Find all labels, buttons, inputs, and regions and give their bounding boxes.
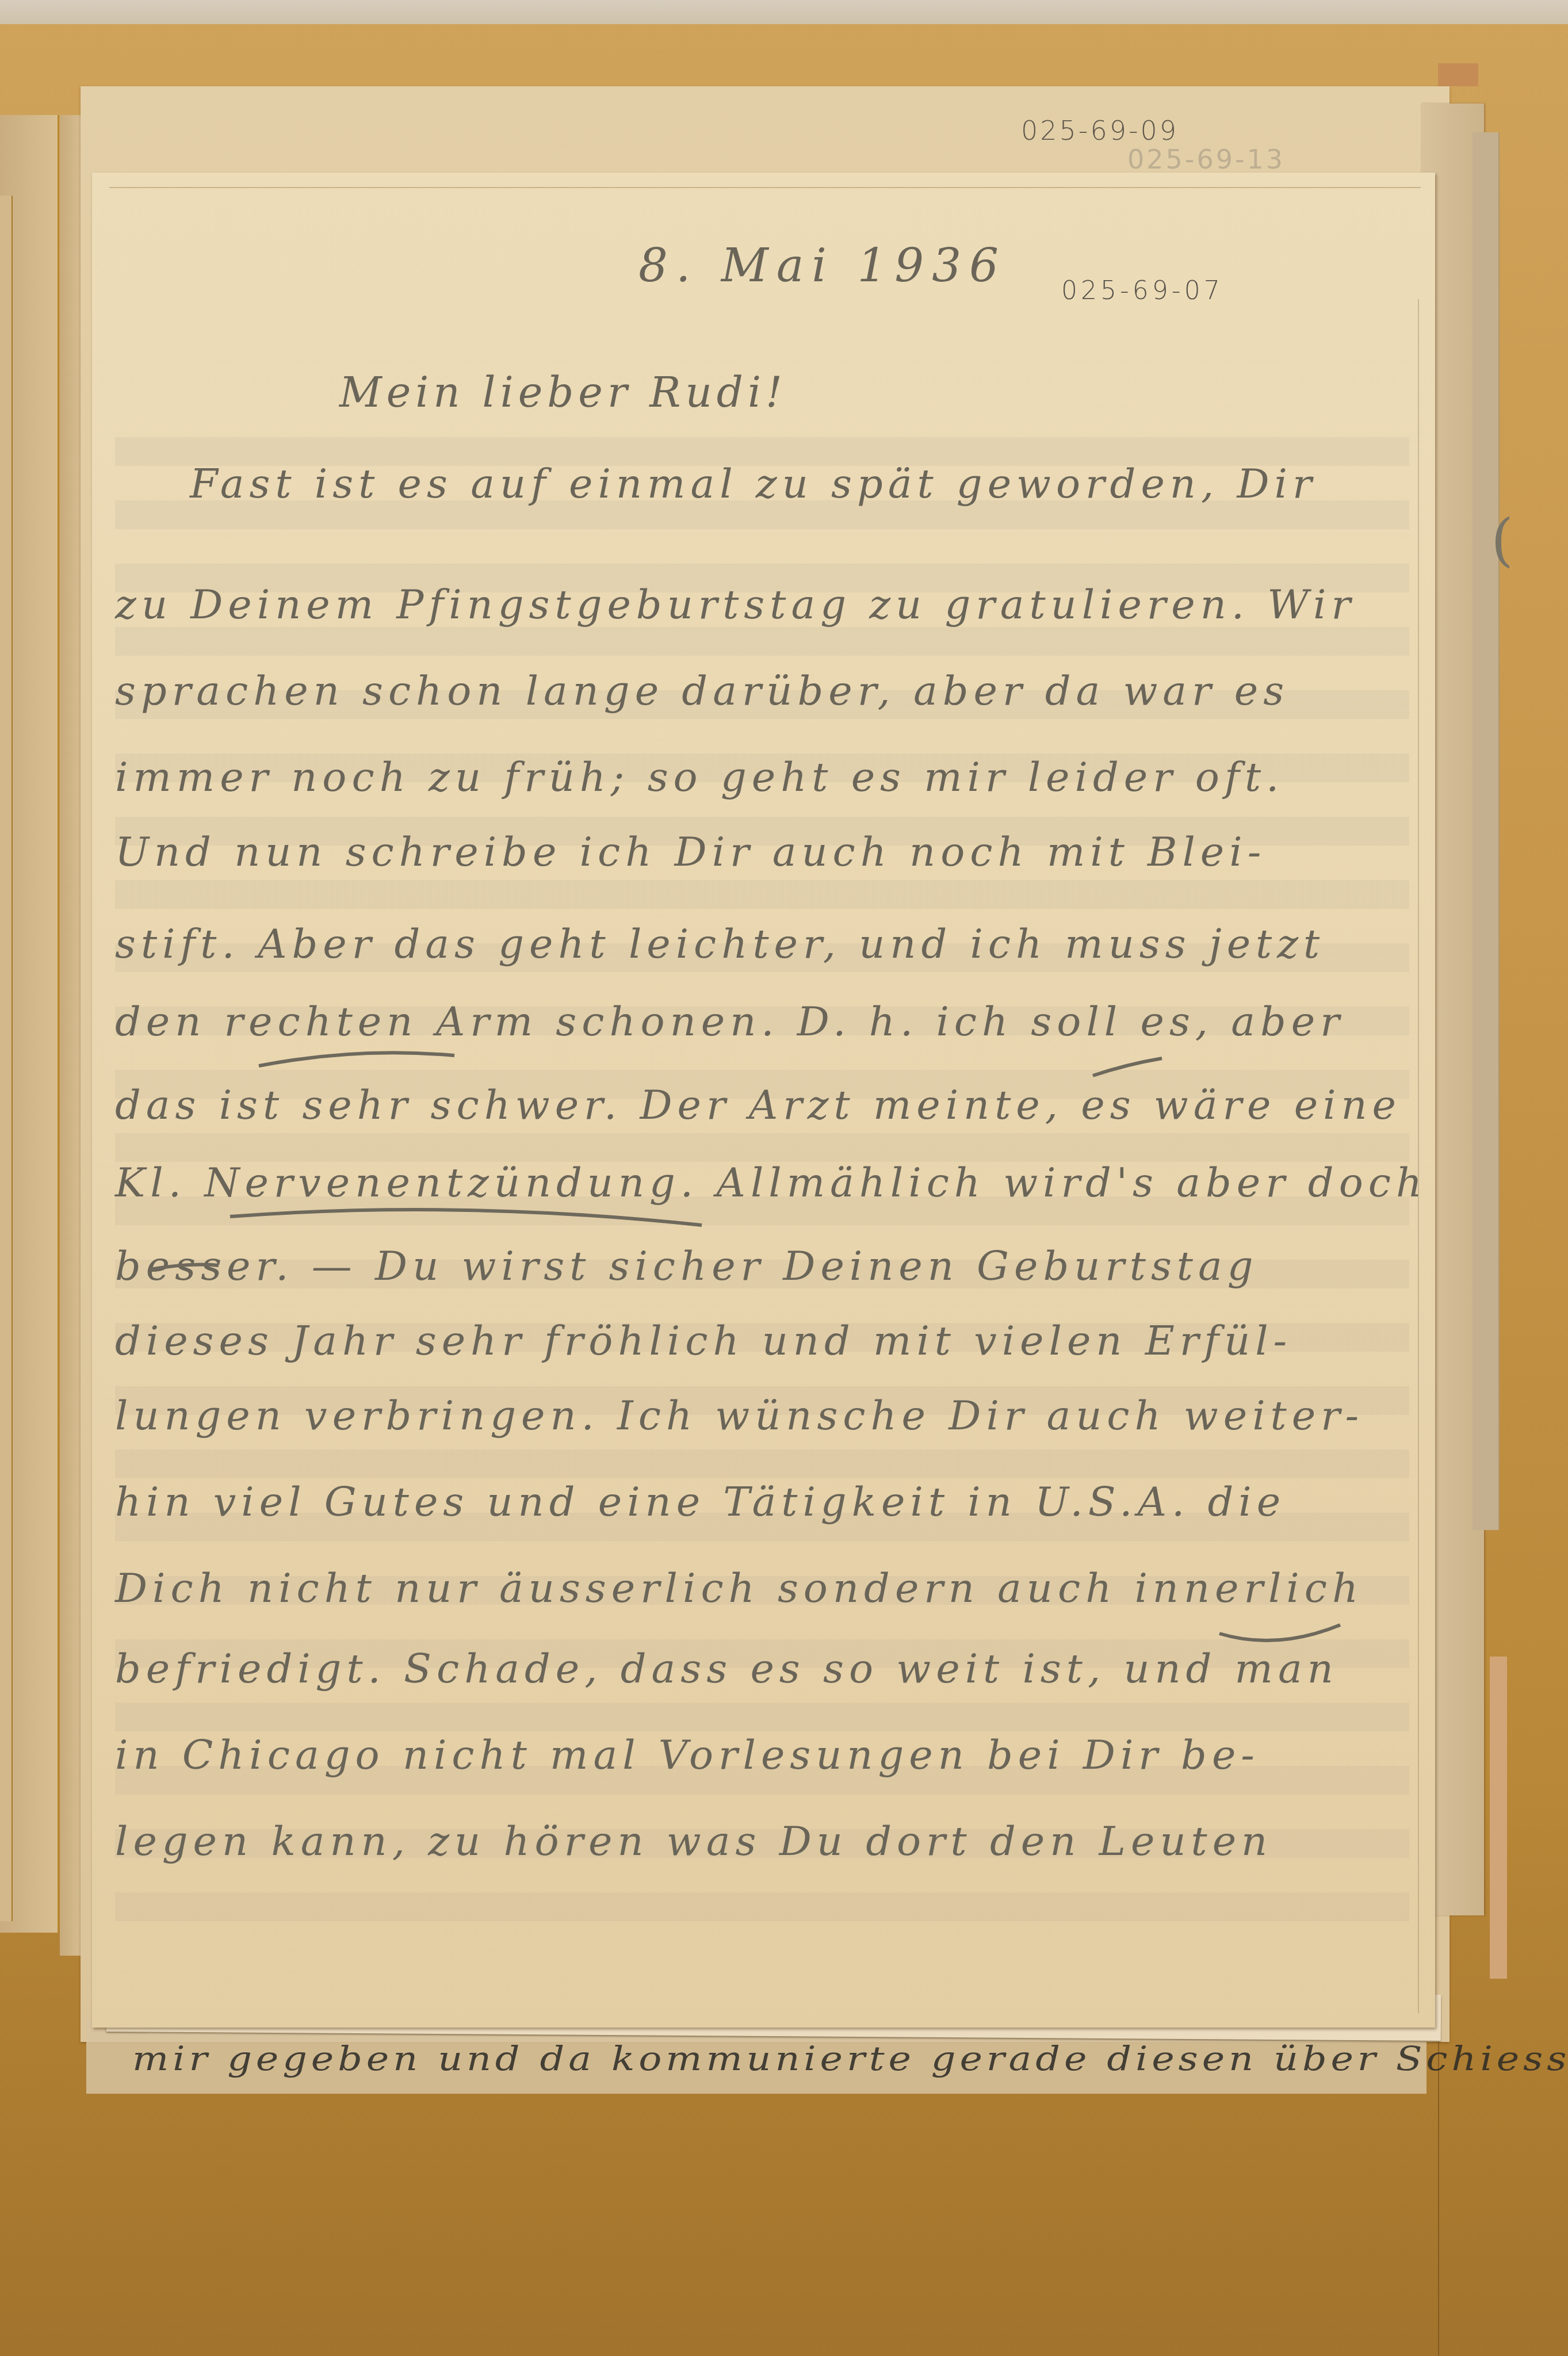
letter-right-edge [1418,299,1419,2013]
letter-line: stift. Aber das geht leichter, und ich m… [115,920,1415,967]
letter-line: sprachen schon lange darüber, aber da wa… [115,667,1415,714]
back-sheet-reference: 025-69-09 [1021,115,1179,146]
letter-reference: 025-69-07 [1061,276,1223,305]
background-surface [0,0,1568,24]
letter-line: Kl. Nervenentzündung. Allmählich wird's … [115,1159,1415,1206]
back-tissue-right-edge [1473,132,1500,1530]
letter-line: immer noch zu früh; so geht es mir leide… [115,754,1415,801]
letter-line: lungen verbringen. Ich wünsche Dir auch … [115,1392,1415,1439]
letter-line: zu Deinem Pfingstgeburtstag zu gratulier… [115,581,1415,628]
letter-top-edge [109,187,1421,188]
letter-line: dieses Jahr sehr fröhlich und mit vielen… [115,1317,1415,1364]
letter-date: 8. Mai 1936 [638,239,1007,292]
back-sheet-tab [1438,63,1478,86]
letter-line: in Chicago nicht mal Vorlesungen bei Dir… [115,1731,1415,1779]
bottom-tissue-text: mir gegeben und da kommunierte gerade di… [132,2039,1568,2078]
margin-bracket-mark: ( [1491,506,1513,573]
letter-line: legen kann, zu hören was Du dort den Leu… [115,1818,1415,1865]
letter-line: besser. — Du wirst sicher Deinen Geburts… [115,1242,1415,1290]
letter-line: Dich nicht nur äusserlich sondern auch i… [115,1565,1415,1612]
letter-salutation: Mein lieber Rudi! [339,368,787,416]
letter-line: Und nun schreibe ich Dir auch noch mit B… [115,828,1415,875]
back-sheet-pink-edge [1490,1657,1507,1979]
left-tissue-inner-sheet [0,196,13,1921]
letter-line: das ist sehr schwer. Der Arzt meinte, es… [115,1081,1415,1129]
letter-line: befriedigt. Schade, dass es so weit ist,… [115,1645,1415,1692]
letter-line: Fast ist es auf einmal zu spät geworden,… [190,460,1490,507]
back-sheet-ghost-reference: 025-69-13 [1127,144,1285,175]
letter-line: den rechten Arm schonen. D. h. ich soll … [115,998,1415,1045]
letter-line: hin viel Gutes und eine Tätigkeit in U.S… [115,1478,1415,1525]
